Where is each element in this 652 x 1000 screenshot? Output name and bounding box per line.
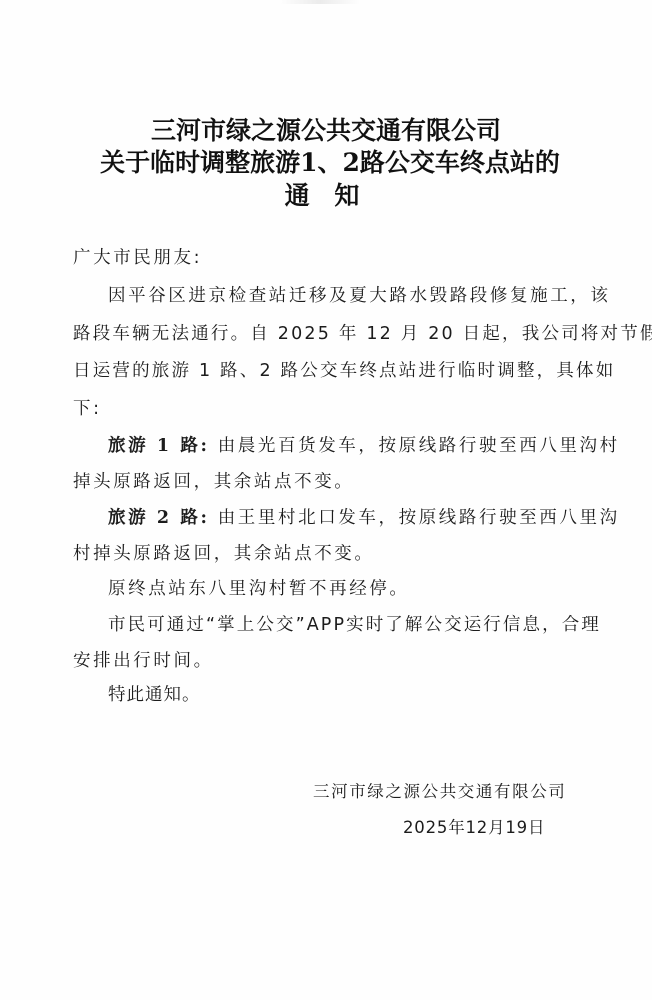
salutation: 广大市民朋友: — [73, 244, 202, 269]
intro-line-3: 日运营的旅游 1 路、2 路公交车终点站进行临时调整，具体如 — [73, 357, 615, 382]
intro-line-1: 因平谷区进京检查站迁移及夏大路水毁路段修复施工，该 — [108, 282, 611, 307]
app-note-line-2: 安排出行时间。 — [73, 647, 214, 672]
intro-line-4: 下: — [73, 395, 102, 420]
intro-line-2: 路段车辆无法通行。自 2025 年 12 月 20 日起，我公司将对节假 — [73, 320, 652, 345]
route1-label: 旅游 1 路: — [108, 436, 210, 456]
title-company: 三河市绿之源公共交通有限公司 — [0, 111, 652, 147]
route2-text-1: 由王里村北口发车，按原线路行驶至西八里沟 — [218, 508, 620, 528]
signature-date: 2025年12月19日 — [403, 814, 545, 838]
terminal-note: 原终点站东八里沟村暂不再经停。 — [108, 575, 410, 600]
notice-page: 三河市绿之源公共交通有限公司 关于临时调整旅游1、2路公交车终点站的 通 知 广… — [0, 0, 652, 1000]
app-note-line-1: 市民可通过“掌上公交”APP实时了解公交运行信息，合理 — [108, 611, 601, 636]
route1-text-1: 由晨光百货发车，按原线路行驶至西八里沟村 — [218, 436, 620, 456]
closing: 特此通知。 — [108, 681, 201, 706]
route2-line-1: 旅游 2 路: 由王里村北口发车，按原线路行驶至西八里沟 — [108, 504, 620, 529]
route1-line-1: 旅游 1 路: 由晨光百货发车，按原线路行驶至西八里沟村 — [108, 432, 620, 457]
scan-artifact — [280, 0, 360, 4]
signature-company: 三河市绿之源公共交通有限公司 — [313, 778, 566, 802]
title-subject: 关于临时调整旅游1、2路公交车终点站的 — [4, 143, 652, 179]
route1-line-2: 掉头原路返回，其余站点不变。 — [73, 468, 354, 493]
route2-label: 旅游 2 路: — [108, 508, 210, 528]
route2-line-2: 村掉头原路返回，其余站点不变。 — [73, 540, 375, 565]
title-notice: 通 知 — [0, 176, 652, 212]
